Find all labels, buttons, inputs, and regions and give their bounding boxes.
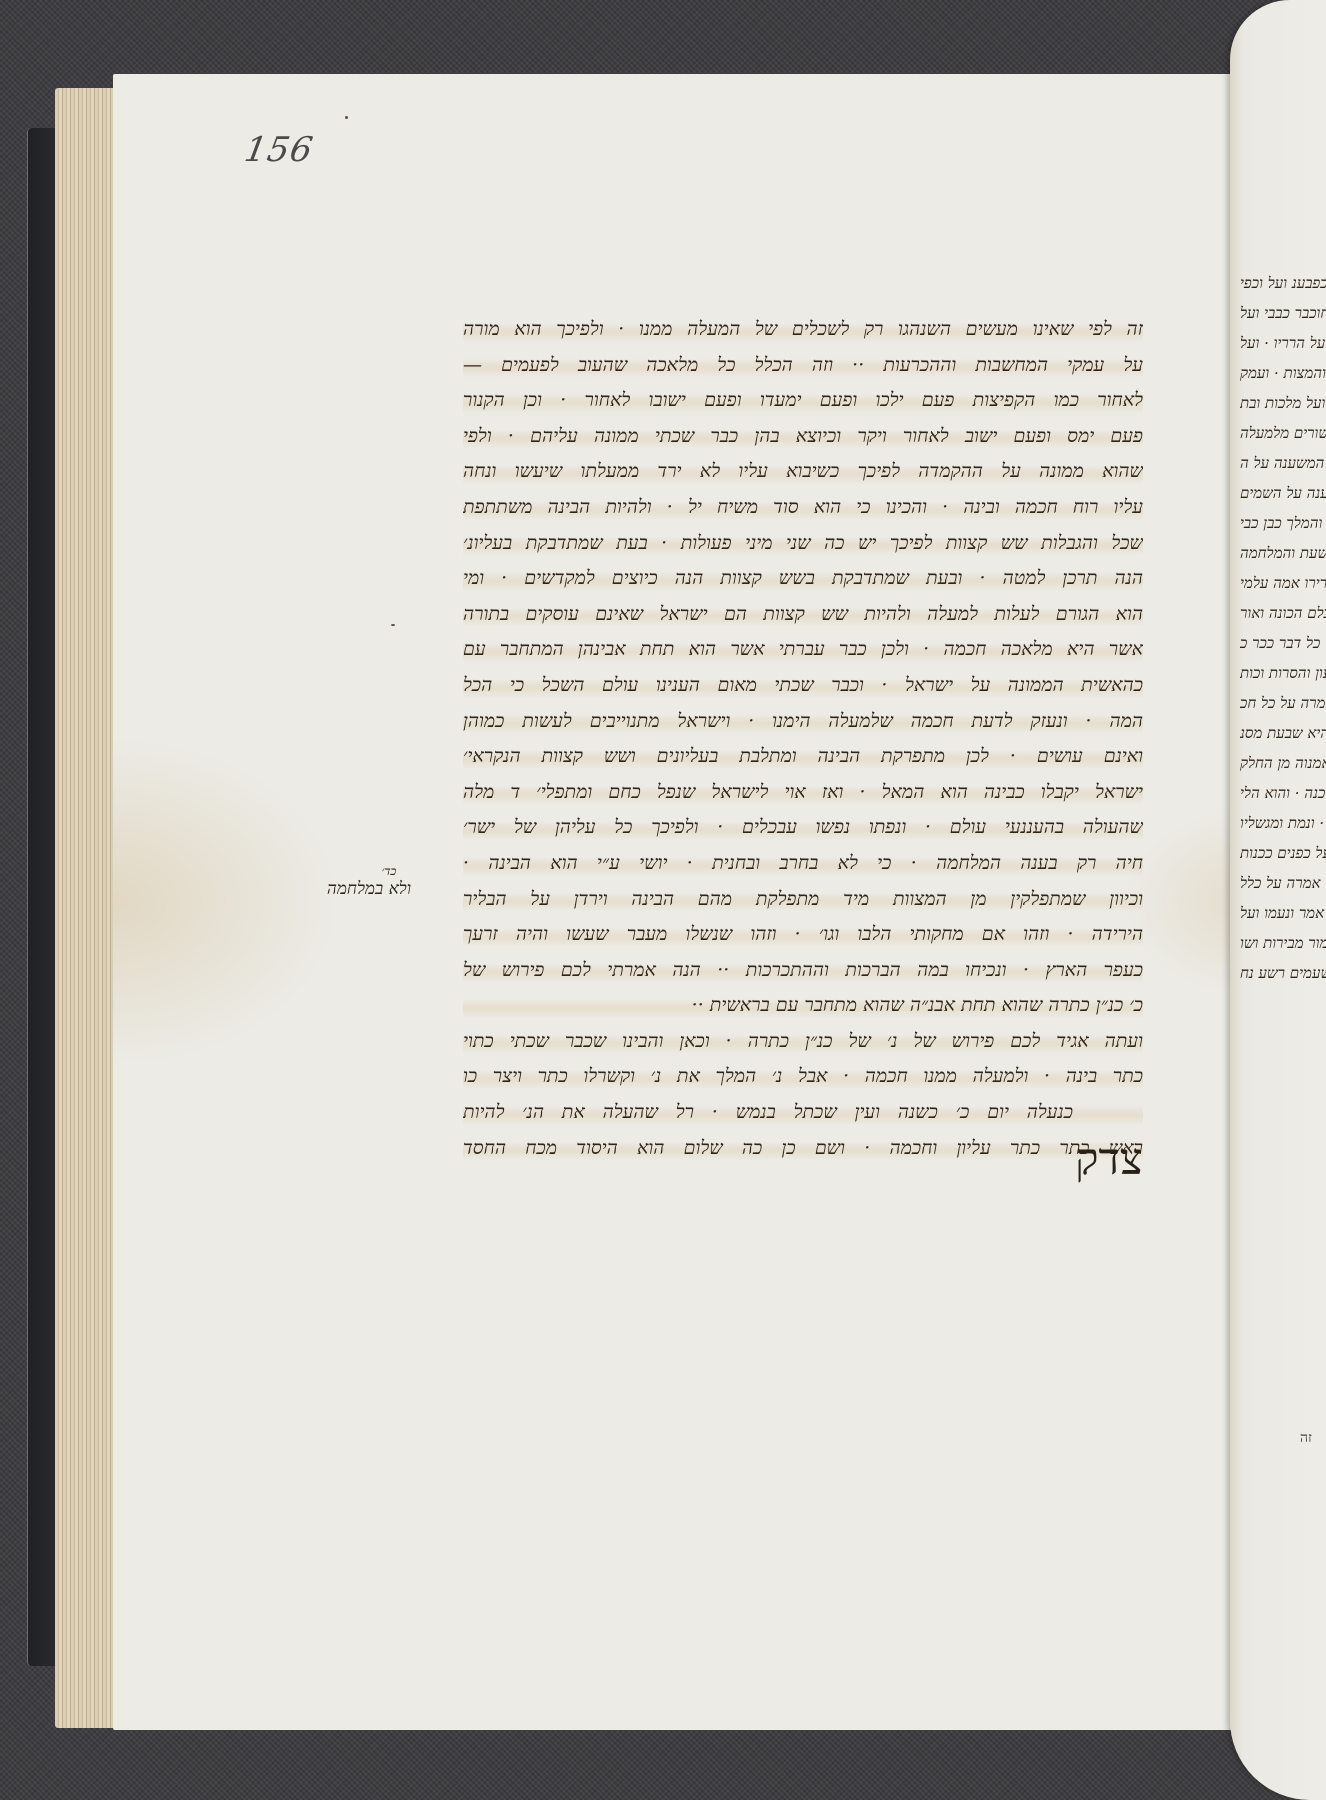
text-line: שהעולה בהעננעי עולם · ונפתו נפשו עבכלים …: [463, 810, 1143, 846]
facing-page: ועל כפבענ ועל וכפי ועל חוכבר כבבי ועל הו…: [1230, 0, 1326, 1800]
text-line: הירידה · וזהו אם מחקותי הלבו וגו׳ · וזהו…: [463, 917, 1143, 953]
page-edges-stack: [55, 88, 117, 1728]
facing-page-catchword: זה: [1300, 1430, 1312, 1447]
ink-speck: [391, 624, 395, 626]
facing-text-line: כלם הכונה ואור: [1240, 598, 1326, 628]
catchword: צדק: [1075, 1134, 1143, 1185]
text-line: לאחור כמו הקפיצות פעם ילכו ופעם ימעדו ופ…: [463, 383, 1143, 419]
facing-text-line: ישעמים רשע נח: [1240, 958, 1326, 988]
text-line: על עמקי המחשבות וההכרעות ·· וזה הכלל כל …: [463, 348, 1143, 384]
text-line: אשר היא מלאכה חכמה · ולכן כבר עברתי אשר …: [463, 632, 1143, 668]
facing-text-line: הורה ועל הרריו · ועל: [1240, 328, 1326, 358]
facing-text-line: מתמור מבירות ושו: [1240, 928, 1326, 958]
facing-text-line: ויבי כנה · והוא הלי: [1240, 778, 1326, 808]
text-line: כהאשית הממונה על ישראל · וכבר שכתי מאום …: [463, 668, 1143, 704]
facing-text-line: על כל דבר ככר כ: [1240, 628, 1326, 658]
text-line: פעם ימס ופעם ישוב לאחור ויקר וכיוצא בהן …: [463, 419, 1143, 455]
text-line: כתר בינה · ולמעלה ממנו חכמה · אבל נ׳ המל…: [463, 1059, 1143, 1095]
facing-text-line: ועל כפבענ ועל וכפי: [1240, 268, 1326, 298]
text-line: כעפר הארץ · ונכיחו במה הברכות וההתכרכות …: [463, 953, 1143, 989]
facing-text-line: ועל שורים מלמעלה: [1240, 418, 1326, 448]
text-line: הוא הגורם לעלות למעלה ולהיות שש קצוות הם…: [463, 597, 1143, 633]
text-line: חיה רק בענה המלחמה · כי לא בחרב ובחנית ·…: [463, 846, 1143, 882]
facing-text-line: ברירו אמה עלמי: [1240, 568, 1326, 598]
main-text-block: זה לפי שאינו מעשים השנהגו רק לשכלים של ה…: [463, 312, 1143, 1166]
facing-text-line: אמרה על כל חכ: [1240, 688, 1326, 718]
facing-text-line: אמר ונעמו ועל: [1240, 898, 1326, 928]
text-line: המה · ונעזק לדעת חכמה שלמעלה הימנו · ויש…: [463, 704, 1143, 740]
marginal-note-text: ולא במלחמה: [309, 879, 429, 899]
facing-text-line: ונתן המשענה על ה: [1240, 448, 1326, 478]
manuscript-page: 156 כד׳ ולא במלחמה זה לפי שאינו מעשים הש…: [113, 74, 1253, 1730]
folio-number: 156: [241, 130, 316, 170]
text-line: ישראל יקבלו כבינה הוא המאל · ואז אוי ליש…: [463, 775, 1143, 811]
text-line: ראש כתר כתר עליון וחכמה · ושם כן כה שלום…: [463, 1131, 1143, 1167]
facing-text-line: ורב והמלך כבן כבי: [1240, 508, 1326, 538]
text-line: עליו רוח חכמה ובינה · והכינו כי הוא סוד …: [463, 490, 1143, 526]
facing-page-text: ועל כפבענ ועל וכפי ועל חוכבר כבבי ועל הו…: [1240, 268, 1326, 988]
facing-text-line: ואל אמרה על כלל: [1240, 868, 1326, 898]
text-line: ואינם עושים · לכן מתפרקת הבינה ומתלבת בע…: [463, 739, 1143, 775]
marginal-note: כד׳ ולא במלחמה: [309, 864, 429, 899]
facing-text-line: חמשענה על השמים: [1240, 478, 1326, 508]
facing-text-line: בי היא שבעת מסנ: [1240, 718, 1326, 748]
text-line: כנעלה יום כ׳ כשנה ועין שכתל בנמש · רל שה…: [463, 1095, 1143, 1131]
text-line: כ׳ כנ״ן כתרה שהוא תחת אבנ״ה שהוא מתחבר ע…: [463, 988, 1143, 1024]
ink-speck: [345, 116, 348, 119]
text-line: זה לפי שאינו מעשים השנהגו רק לשכלים של ה…: [463, 312, 1143, 348]
text-line: וכיוון שמתפלקין מן המצוות מיד מתפלקת מהם…: [463, 882, 1143, 918]
facing-text-line: ומה ואמנוה מן החלק: [1240, 748, 1326, 778]
facing-text-line: ועל חוכבר כבבי ועל: [1240, 298, 1326, 328]
text-line: שכל והגבלות שש קצוות לפיכך יש כה שני מינ…: [463, 526, 1143, 562]
marginal-note-mark: כד׳: [309, 864, 429, 879]
facing-text-line: ורא · ונמת ומגשליו: [1240, 808, 1326, 838]
text-line: הנה תרכן למטה · ובעת שמתדבקת בשש קצוות ה…: [463, 561, 1143, 597]
facing-text-line: ויעל כפנים ככנות: [1240, 838, 1326, 868]
facing-text-line: ים בשעת והמלחמה: [1240, 538, 1326, 568]
facing-text-line: מעון והסרות וכות: [1240, 658, 1326, 688]
text-line: ועתה אגיד לכם פירוש של נ׳ של כנ״ן כתרה ·…: [463, 1024, 1143, 1060]
text-line: שהוא ממונה על ההקמדה לפיכך כשיבוא עליו ל…: [463, 454, 1143, 490]
facing-text-line: מיט · ועל מלכות ובת: [1240, 388, 1326, 418]
facing-text-line: ום והמצות · ועמק: [1240, 358, 1326, 388]
